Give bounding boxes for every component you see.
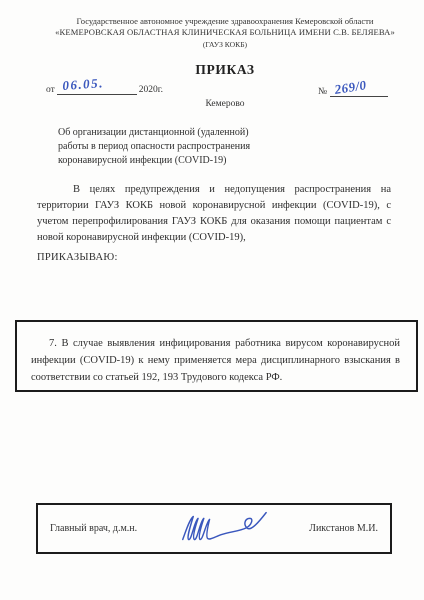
date-row: от06.05.2020г. (46, 84, 163, 95)
subject-line: Об организации дистанционной (удаленной) (58, 126, 273, 140)
clause-7-text: 7. В случае выявления инфицирования рабо… (31, 335, 400, 386)
org-abbreviation: (ГАУЗ КОКБ) (30, 40, 420, 50)
signer-title: Главный врач, д.м.н. (50, 523, 137, 534)
subject-line: работы в период опасности распространени… (58, 140, 273, 154)
date-underline: 06.05. (57, 84, 137, 95)
org-header: Государственное автономное учреждение зд… (30, 16, 420, 50)
org-name-line2: «КЕМЕРОВСКАЯ ОБЛАСТНАЯ КЛИНИЧЕСКАЯ БОЛЬН… (30, 27, 420, 38)
org-name-line1: Государственное автономное учреждение зд… (30, 16, 420, 27)
number-underline: 269/0 (330, 86, 388, 97)
signature-ink (177, 509, 269, 545)
clause-7-box: 7. В случае выявления инфицирования рабо… (15, 320, 418, 392)
number-prefix: № (318, 87, 327, 97)
subject-block: Об организации дистанционной (удаленной)… (58, 126, 273, 167)
preamble-paragraph: В целях предупреждения и недопущения рас… (37, 182, 391, 246)
city-label: Кемерово (30, 99, 420, 109)
handwritten-number: 269/0 (334, 77, 368, 98)
handwritten-date: 06.05. (62, 75, 105, 94)
number-row: №269/0 (318, 86, 388, 97)
date-year: 2020г. (139, 85, 163, 95)
signer-name: Ликстанов М.И. (309, 523, 378, 534)
date-prefix: от (46, 85, 55, 95)
signature-box: Главный врач, д.м.н. Ликстанов М.И. (36, 503, 392, 554)
document-page: Государственное автономное учреждение зд… (0, 0, 424, 600)
order-word: ПРИКАЗЫВАЮ: (37, 252, 118, 263)
subject-line: коронавирусной инфекции (COVID-19) (58, 154, 273, 168)
